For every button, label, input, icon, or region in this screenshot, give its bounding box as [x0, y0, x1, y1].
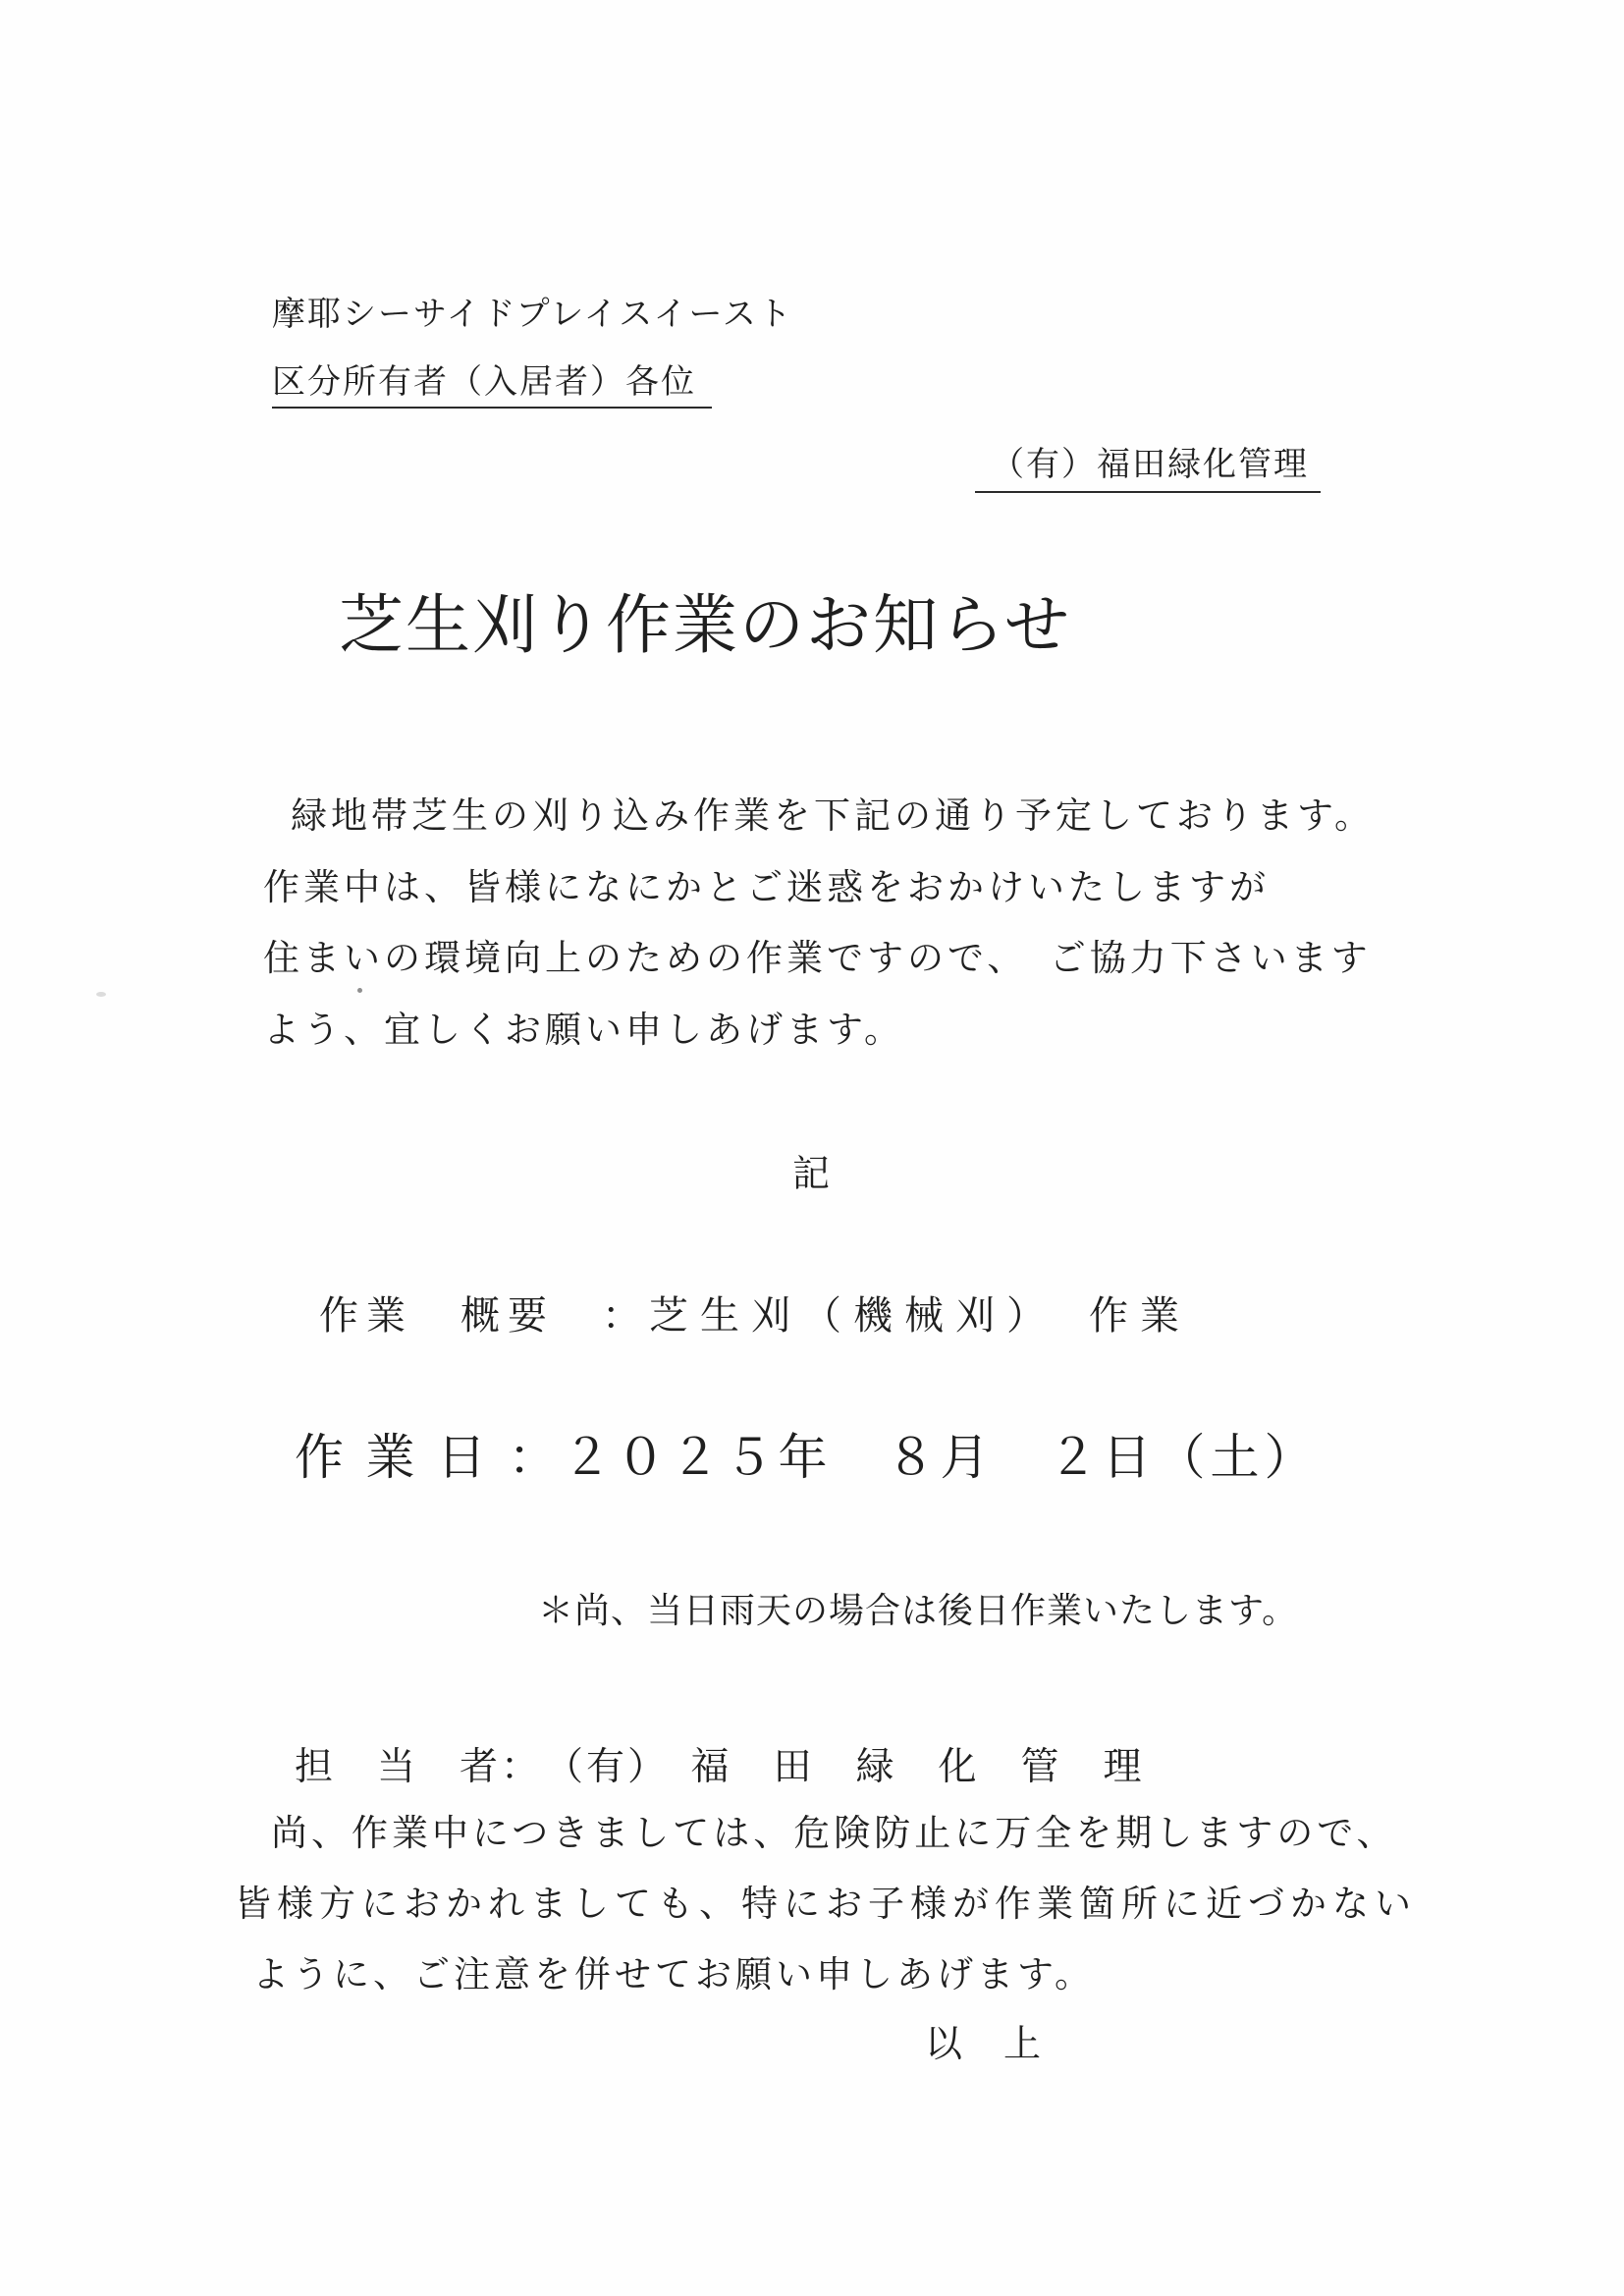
work-date-row: 作 業 日 ：２０２５年 ８月 ２日（土）	[295, 1418, 1319, 1489]
rain-postponement-note: ＊尚、当日雨天の場合は後日作業いたします。	[538, 1583, 1298, 1633]
greeting-line-3: 住まいの環境向上のための作業ですので、 ご協力下さいます	[263, 924, 1375, 996]
greeting-line-2: 作業中は、皆様になにかとご迷惑をおかけいたしますが	[263, 853, 1375, 925]
sender-company-name: （有）福田緑化管理	[975, 437, 1321, 493]
addressee-building-name: 摩耶シーサイドプレイスイースト	[272, 287, 793, 335]
work-summary-row: 作業 概要 ：芝生刈（機械刈） 作業	[319, 1285, 1191, 1340]
record-marker: 記	[0, 1143, 1624, 1197]
work-date-label: 作 業 日 ：	[295, 1430, 563, 1485]
document-title: 芝生刈り作業のお知らせ	[339, 573, 1071, 666]
work-date-value: ２０２５年 ８月 ２日（土）	[563, 1430, 1319, 1485]
greeting-line-1: 緑地帯芝生の刈り込み作業を下記の通り予定しております。	[263, 782, 1375, 853]
contact-row: 担 当 者： （有） 福 田 緑 化 管 理	[295, 1736, 1145, 1791]
scan-artifact-dot	[357, 988, 362, 993]
caution-line-2: 皆様方におかれましても、特にお子様が作業箇所に近づかない	[235, 1874, 1417, 1927]
caution-line-3: ように、ご注意を併せてお願い申しあげます。	[252, 1944, 1095, 1997]
caution-line-1: 尚、作業中につきましては、危険防止に万全を期しますので、	[271, 1803, 1397, 1856]
greeting-line-4: よう、宜しくお願い申しあげます。	[263, 996, 1375, 1067]
greeting-paragraph: 緑地帯芝生の刈り込み作業を下記の通り予定しております。 作業中は、皆様になにかと…	[263, 782, 1375, 1066]
work-summary-label: 作業 概要 ：	[319, 1293, 649, 1338]
contact-label: 担 当 者：	[295, 1746, 565, 1788]
addressee-residents: 区分所有者（入居者）各位	[272, 355, 712, 409]
closing-ijou: 以 上	[925, 2013, 1043, 2067]
scanned-notice-document: 摩耶シーサイドプレイスイースト 区分所有者（入居者）各位 （有）福田緑化管理 芝…	[0, 0, 1624, 2296]
contact-value: （有） 福 田 緑 化 管 理	[565, 1746, 1145, 1788]
work-summary-value: 芝生刈（機械刈） 作業	[649, 1293, 1191, 1338]
scan-artifact-smudge	[96, 992, 106, 997]
